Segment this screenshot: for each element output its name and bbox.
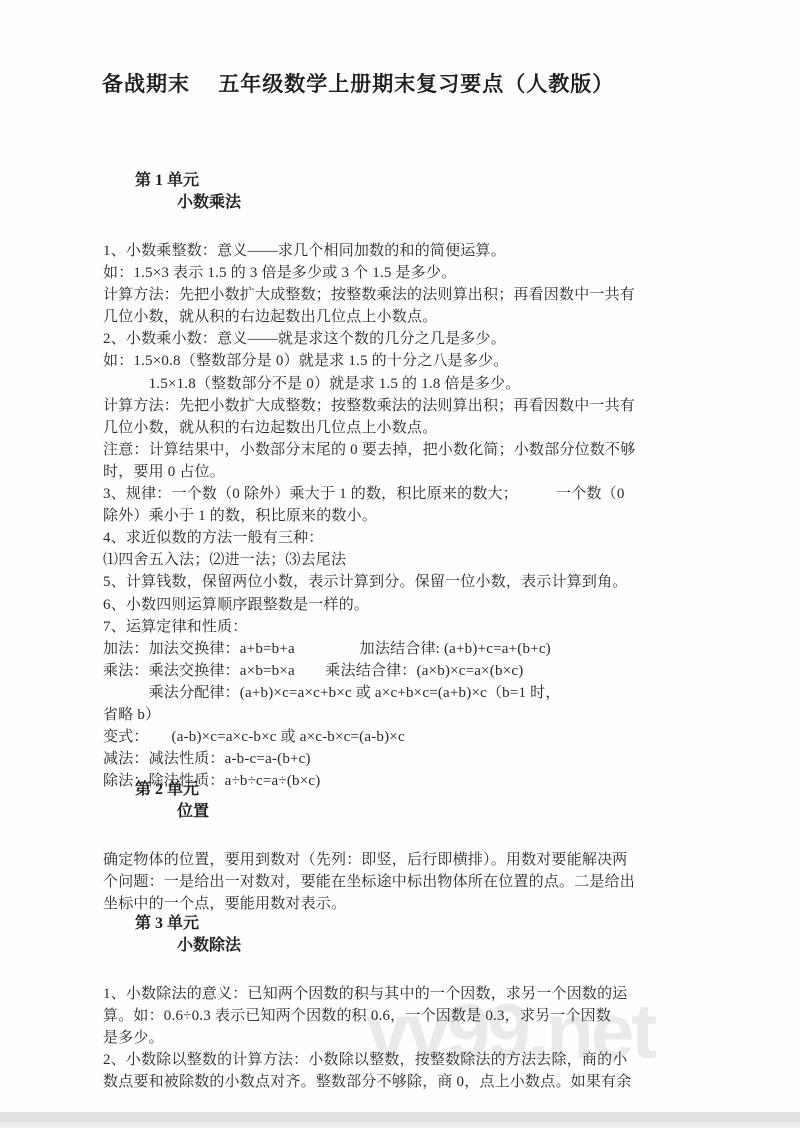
viewer-background-strip [0,1122,800,1128]
text-line: 1、小数除法的意义：已知两个因数的积与其中的一个因数，求另一个因数的运 [103,983,709,1005]
text-line: 个问题：一是给出一对数对，要能在坐标途中标出物体所在位置的点。二是给出 [103,871,709,893]
section-number: 第 1 单元 [135,172,199,189]
section-heading: 第 2 单元 位置 [103,757,709,845]
text-line: 1、小数乘整数：意义——求几个相同加数的和的简便运算。 [103,240,709,262]
section-name: 位置 [177,803,209,820]
section-heading: 第 1 单元 小数乘法 [103,148,709,236]
text-line: 省略 b） [103,704,709,726]
page-title: 备战期末 五年级数学上册期末复习要点（人教版） [102,68,614,98]
text-line: 乘法分配律：(a+b)×c=a×c+b×c 或 a×c+b×c=(a+b)×c（… [103,682,709,704]
text-line: 2、小数除以整数的计算方法：小数除以整数，按整数除法的方法去除，商的小 [103,1049,709,1071]
text-line: 数点要和被除数的小数点对齐。整数部分不够除，商 0，点上小数点。如果有余 [103,1071,709,1093]
text-line: 乘法：乘法交换律：a×b=b×a 乘法结合律：(a×b)×c=a×(b×c) [103,660,709,682]
text-line: ⑴四舍五入法；⑵进一法；⑶去尾法 [103,549,709,571]
text-line: 2、小数乘小数：意义——就是求这个数的几分之几是多少。 [103,328,709,350]
text-line: 7、运算定律和性质： [103,616,709,638]
section-heading: 第 3 单元 小数除法 [103,891,709,979]
text-line: 除外）乘小于 1 的数，积比原来的数小。 [103,505,709,527]
text-line: 加法：加法交换律：a+b=b+a 加法结合律: (a+b)+c=a+(b+c) [103,638,709,660]
text-line: 如：1.5×0.8（整数部分是 0）就是求 1.5 的十分之八是多少。 [103,350,709,372]
text-line: 几位小数，就从积的右边起数出几位点上小数点。 [103,417,709,439]
section-name: 小数除法 [177,937,241,954]
text-line: 1.5×1.8（整数部分不是 0）就是求 1.5 的 1.8 倍是多少。 [103,373,709,395]
text-line: 是多少。 [103,1027,709,1049]
section-name: 小数乘法 [177,194,241,211]
text-line: 4、求近似数的方法一般有三种： [103,527,709,549]
text-line: 算。如：0.6÷0.3 表示已知两个因数的积 0.6，一个因数是 0.3，求另一… [103,1005,709,1027]
text-line: 时，要用 0 占位。 [103,461,709,483]
document-page: vv99.net 备战期末 五年级数学上册期末复习要点（人教版） 第 1 单元 … [0,0,800,1112]
text-line: 计算方法：先把小数扩大成整数；按整数乘法的法则算出积；再看因数中一共有 [103,395,709,417]
document-viewer: vv99.net 备战期末 五年级数学上册期末复习要点（人教版） 第 1 单元 … [0,0,800,1128]
section-body: 1、小数乘整数：意义——求几个相同加数的和的简便运算。如：1.5×3 表示 1.… [103,240,709,792]
section-number: 第 3 单元 [135,915,199,932]
text-line: 确定物体的位置，要用到数对（先列：即竖，后行即横排）。用数对要能解决两 [103,849,709,871]
section-body: 1、小数除法的意义：已知两个因数的积与其中的一个因数，求另一个因数的运算。如：0… [103,983,709,1093]
section-unit-3: 第 3 单元 小数除法 1、小数除法的意义：已知两个因数的积与其中的一个因数，求… [103,891,709,1093]
text-line: 3、规律：一个数（0 除外）乘大于 1 的数，积比原来的数大； 一个数（0 [103,483,709,505]
text-line: 6、小数四则运算顺序跟整数是一样的。 [103,594,709,616]
section-number: 第 2 单元 [135,781,199,798]
text-line: 5、计算钱数，保留两位小数，表示计算到分。保留一位小数，表示计算到角。 [103,571,709,593]
text-line: 几位小数，就从积的右边起数出几位点上小数点。 [103,306,709,328]
section-unit-1: 第 1 单元 小数乘法 1、小数乘整数：意义——求几个相同加数的和的简便运算。如… [103,148,709,792]
text-line: 计算方法：先把小数扩大成整数；按整数乘法的法则算出积；再看因数中一共有 [103,284,709,306]
text-line: 注意：计算结果中，小数部分末尾的 0 要去掉，把小数化简；小数部分位数不够 [103,439,709,461]
text-line: 如：1.5×3 表示 1.5 的 3 倍是多少或 3 个 1.5 是多少。 [103,262,709,284]
text-line: 变式： (a-b)×c=a×c-b×c 或 a×c-b×c=(a-b)×c [103,726,709,748]
page-bottom-edge [0,1112,800,1122]
